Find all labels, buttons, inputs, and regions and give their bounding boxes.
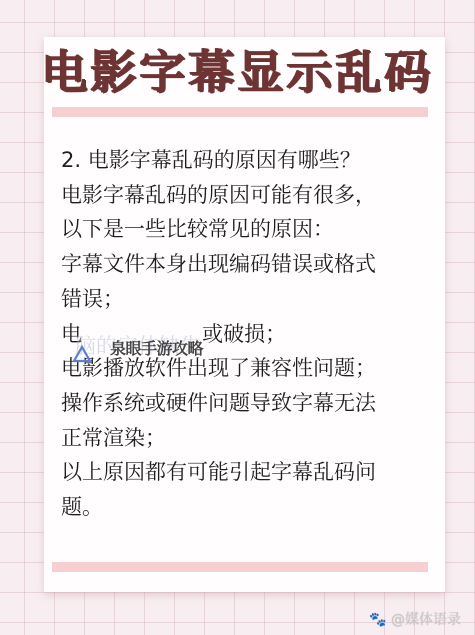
watermark-text: @媒体语录 xyxy=(391,612,461,628)
bottom-accent-bar xyxy=(52,562,428,572)
paw-icon: 🐾 xyxy=(369,612,386,628)
text-line: 题。 xyxy=(61,490,431,525)
text-line: 错误； xyxy=(61,282,431,317)
text-line: 字幕文件本身出现编码错误或格式 xyxy=(61,247,431,282)
source-watermark: 🐾 @媒体语录 xyxy=(369,609,461,629)
text-line: 以上原因都有可能引起字幕乱码问 xyxy=(61,455,431,490)
text-line: 以下是一些比较常见的原因： xyxy=(61,212,431,247)
text-line: 正常渲染； xyxy=(61,421,431,456)
top-accent-bar xyxy=(52,107,428,117)
page-title: 电影字幕显示乱码 xyxy=(0,36,475,102)
text-line: 2. 电影字幕乱码的原因有哪些？ xyxy=(61,143,431,178)
overlay-watermark-label: 泉眼手游攻略 xyxy=(110,336,203,359)
text-line: 电影字幕乱码的原因可能有很多， xyxy=(61,178,431,213)
text-line: 操作系统或硬件问题导致字幕无法 xyxy=(61,386,431,421)
